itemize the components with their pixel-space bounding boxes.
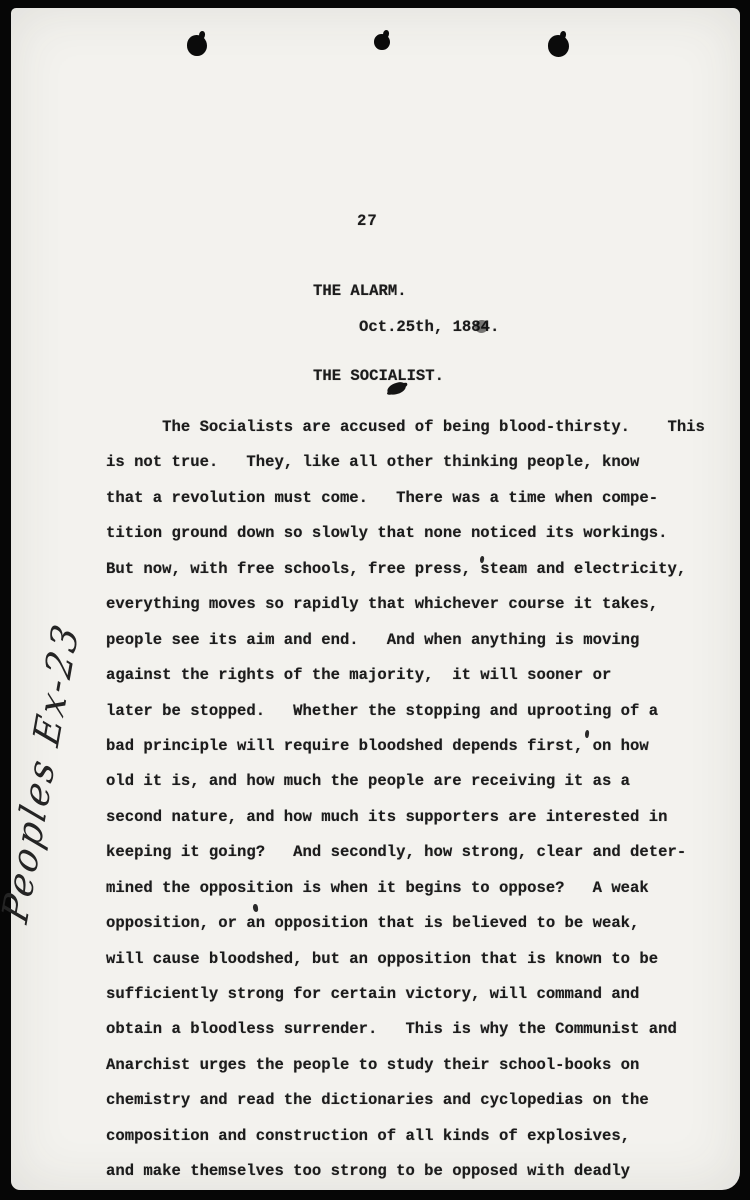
punch-hole-ink-dot <box>374 34 390 50</box>
body-line: old it is, and how much the people are r… <box>106 764 705 799</box>
body-line: people see its aim and end. And when any… <box>106 623 705 658</box>
body-line: chemistry and read the dictionaries and … <box>106 1083 705 1118</box>
document-page: 27 THE ALARM. Oct.25th, 1884. THE SOCIAL… <box>11 8 740 1190</box>
body-text: The Socialists are accused of being bloo… <box>106 410 705 1190</box>
body-line: will cause bloodshed, but an opposition … <box>106 942 705 977</box>
punch-hole-ink-dot <box>187 35 207 56</box>
body-line: sufficiently strong for certain victory,… <box>106 977 705 1012</box>
masthead-title: THE ALARM. <box>313 282 407 300</box>
body-line: second nature, and how much its supporte… <box>106 800 705 835</box>
overstruck-digit-blot <box>475 320 488 333</box>
body-line: and make themselves too strong to be opp… <box>106 1154 705 1189</box>
body-line: is not true. They, like all other thinki… <box>106 445 705 480</box>
body-line: composition and construction of all kind… <box>106 1119 705 1154</box>
body-line: against the rights of the majority, it w… <box>106 658 705 693</box>
page-number: 27 <box>357 212 378 230</box>
body-line: obtain a bloodless surrender. This is wh… <box>106 1012 705 1047</box>
punch-hole-ink-dot <box>548 35 569 57</box>
body-line: mined the opposition is when it begins t… <box>106 871 705 906</box>
body-line: bad principle will require bloodshed dep… <box>106 729 705 764</box>
scanned-document: 27 THE ALARM. Oct.25th, 1884. THE SOCIAL… <box>0 0 750 1200</box>
body-line: But now, with free schools, free press, … <box>106 552 705 587</box>
body-line: The Socialists are accused of being bloo… <box>106 410 705 445</box>
handwritten-exhibit-note: Peoples Ex-23 <box>0 616 89 929</box>
ink-speck <box>253 904 259 912</box>
body-line: Anarchist urges the people to study thei… <box>106 1048 705 1083</box>
body-line: tition ground down so slowly that none n… <box>106 516 705 551</box>
section-title: THE SOCIALIST. <box>313 367 444 385</box>
body-line: everything moves so rapidly that whichev… <box>106 587 705 622</box>
body-line: opposition, or an opposition that is bel… <box>106 906 705 941</box>
body-line: keeping it going? And secondly, how stro… <box>106 835 705 870</box>
body-line: that a revolution must come. There was a… <box>106 481 705 516</box>
body-line: later be stopped. Whether the stopping a… <box>106 694 705 729</box>
